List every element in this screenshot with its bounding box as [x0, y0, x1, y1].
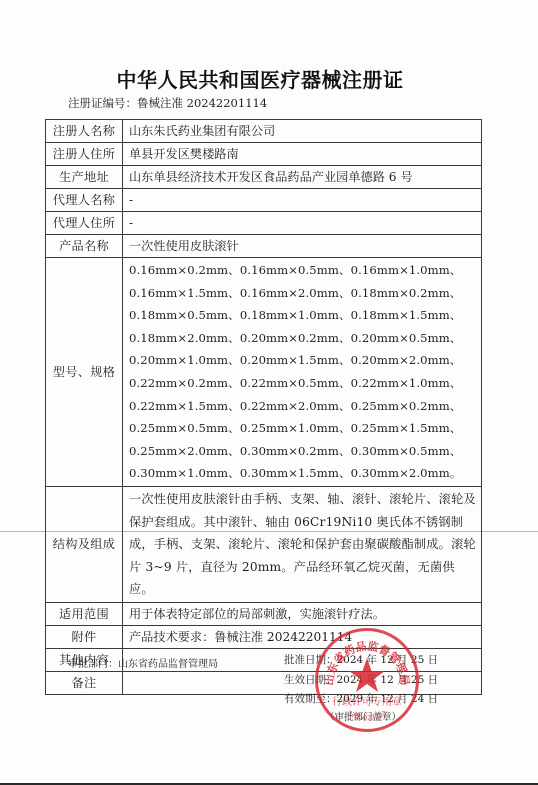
table-row-model-spec: 型号、规格 0.16mm×0.2mm、0.16mm×0.5mm、0.16mm×1…: [46, 258, 482, 487]
row-value: 山东朱氏药业集团有限公司: [123, 120, 482, 143]
table-row-agent-address: 代理人住所 -: [46, 212, 482, 235]
row-label: 型号、规格: [46, 258, 123, 487]
row-value: 山东单县经济技术开发区食品药品产业园单德路 6 号: [123, 166, 482, 189]
row-label: 代理人住所: [46, 212, 123, 235]
row-label: 生产地址: [46, 166, 123, 189]
row-label: 结构及组成: [46, 486, 123, 602]
row-label: 注册人名称: [46, 120, 123, 143]
row-label: 附件: [46, 625, 123, 648]
row-label: 产品名称: [46, 235, 123, 258]
date-block: 批准日期：2024 年 12 月 25 日 生效日期：2024 年 12 月 2…: [284, 653, 438, 712]
table-row-agent-name: 代理人名称 -: [46, 189, 482, 212]
row-value: 一次性使用皮肤滚针由手柄、支架、轴、滚针、滚轮片、滚轮及保护套组成。其中滚针、轴…: [123, 486, 482, 602]
document-title: 中华人民共和国医疗器械注册证: [0, 64, 520, 93]
table-row-production-address: 生产地址 山东单县经济技术开发区食品药品产业园单德路 6 号: [46, 166, 482, 189]
table-row-product-name: 产品名称 一次性使用皮肤滚针: [46, 235, 482, 258]
row-label: 适用范围: [46, 602, 123, 625]
table-row-registrant-address: 注册人住所 单县开发区樊楼路南: [46, 143, 482, 166]
effective-date: 生效日期：2024 年 12 月 25 日: [284, 673, 438, 693]
row-value: 0.16mm×0.2mm、0.16mm×0.5mm、0.16mm×1.0mm、0…: [123, 258, 482, 487]
row-value: 用于体表特定部位的局部刺激，实施滚针疗法。: [123, 602, 482, 625]
certificate-table: 注册人名称 山东朱氏药业集团有限公司 注册人住所 单县开发区樊楼路南 生产地址 …: [45, 119, 482, 695]
row-value: -: [123, 212, 482, 235]
table-row-structure: 结构及组成 一次性使用皮肤滚针由手柄、支架、轴、滚针、滚轮片、滚轮及保护套组成。…: [46, 486, 482, 602]
approval-date: 批准日期：2024 年 12 月 25 日: [284, 653, 438, 673]
approval-department: 审批部门：山东省药品监督管理局: [68, 655, 218, 670]
row-label: 代理人名称: [46, 189, 123, 212]
seal-note: （审批部门盖章）: [325, 709, 401, 723]
row-value: 产品技术要求：鲁械注准 20242201114: [123, 625, 482, 648]
row-value: 一次性使用皮肤滚针: [123, 235, 482, 258]
row-value: 单县开发区樊楼路南: [123, 143, 482, 166]
row-label: 备注: [46, 671, 123, 694]
row-value: -: [123, 189, 482, 212]
registration-number: 注册证编号：鲁械注准 20242201114: [68, 95, 267, 111]
row-label: 注册人住所: [46, 143, 123, 166]
table-row-registrant-name: 注册人名称 山东朱氏药业集团有限公司: [46, 120, 482, 143]
table-row-scope: 适用范围 用于体表特定部位的局部刺激，实施滚针疗法。: [46, 602, 482, 625]
table-row-attachment: 附件 产品技术要求：鲁械注准 20242201114: [46, 625, 482, 648]
